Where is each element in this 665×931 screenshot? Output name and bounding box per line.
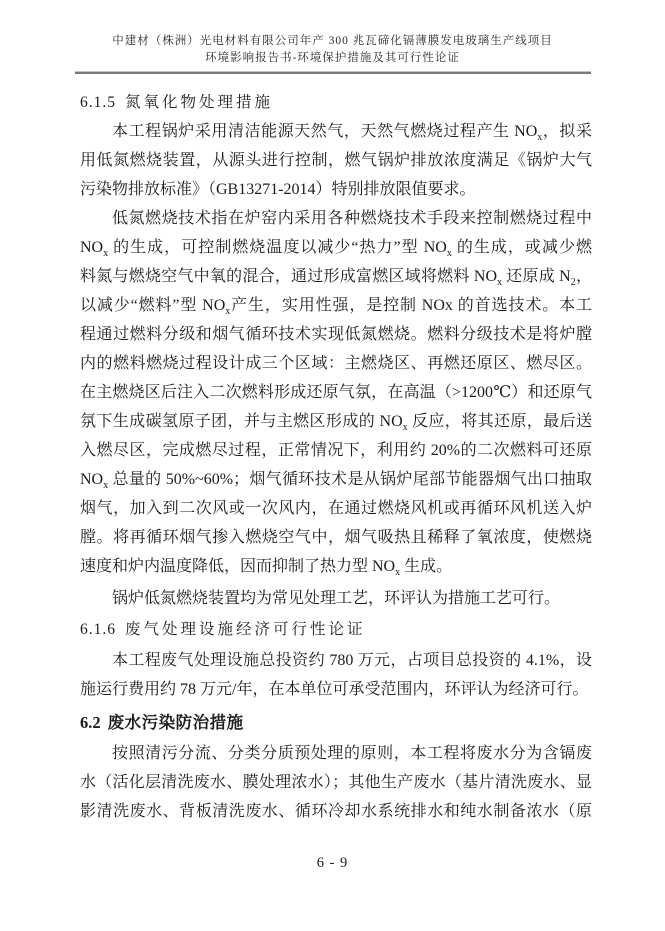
body-line: 本工程废气处理设施总投资约 780 万元，占项目总投资的 4.1%，设: [80, 646, 592, 675]
body-line: 锅炉低氮燃烧装置均为常见处理工艺，环评认为措施工艺可行。: [80, 584, 592, 613]
body-line: 料氮与燃烧空气中氧的混合，通过形成富燃区域将燃料 NOx 还原成 N2，: [80, 262, 592, 291]
section-heading-6-2: 6.2废水污染防治措施: [80, 708, 592, 737]
document-page: 中建材（株洲）光电材料有限公司年产 300 兆瓦碲化镉薄膜发电玻璃生产线项目 环…: [0, 0, 665, 931]
body-line: 用低氮燃烧装置，从源头进行控制，燃气锅炉排放浓度满足《锅炉大气: [80, 146, 592, 175]
paragraph-feasibility-conclusion: 锅炉低氮燃烧装置均为常见处理工艺，环评认为措施工艺可行。: [80, 584, 592, 613]
body-line: 影清洗废水、背板清洗废水、循环冷却水系统排水和纯水制备浓水（原: [80, 797, 592, 826]
document-body: 6.1.5氮氧化物处理措施 本工程锅炉采用清洁能源天然气，天然气燃烧过程产生 N…: [80, 88, 592, 826]
body-line: 施运行费用约 78 万元/年，在本单位可承受范围内，环评认为经济可行。: [80, 675, 592, 704]
section-title: 氮氧化物处理措施: [125, 94, 273, 111]
body-line: 膛。将再循环烟气掺入燃烧空气中，烟气吸热且稀释了氧浓度，使燃烧: [80, 523, 592, 552]
body-line: 程通过燃料分级和烟气循环技术实现低氮燃烧。燃料分级技术是将炉膛: [80, 320, 592, 349]
body-line: 按照清污分流、分类分质预处理的原则，本工程将废水分为含镉废: [80, 739, 592, 768]
section-number: 6.2: [80, 713, 101, 732]
section-heading-6-1-6: 6.1.6废气处理设施经济可行性论证: [80, 615, 592, 644]
body-line: 以减少“燃料”型 NOx产生，实用性强，是控制 NOx 的首选技术。本工: [80, 291, 592, 320]
page-number: 6 - 9: [317, 855, 349, 871]
body-line: 本工程锅炉采用清洁能源天然气，天然气燃烧过程产生 NOx，拟采: [80, 117, 592, 146]
paragraph-boiler-nox: 本工程锅炉采用清洁能源天然气，天然气燃烧过程产生 NOx，拟采 用低氮燃烧装置，…: [80, 117, 592, 204]
section-title: 废水污染防治措施: [108, 713, 244, 732]
body-line: NOx 的生成，可控制燃烧温度以减少“热力”型 NOx 的生成，或减少燃: [80, 233, 592, 262]
body-line: 烟气，加入到二次风或一次风内，在通过燃烧风机或再循环风机送入炉: [80, 494, 592, 523]
body-line: 入燃尽区，完成燃尽过程，正常情况下，利用约 20%的二次燃料可还原: [80, 436, 592, 465]
header-rule: [75, 71, 591, 74]
body-line: 水（活化层清洗废水、膜处理浓水）；其他生产废水（基片清洗废水、显: [80, 768, 592, 797]
section-heading-6-1-5: 6.1.5氮氧化物处理措施: [80, 88, 592, 117]
section-number: 6.1.6: [80, 621, 116, 638]
body-line: 污染物排放标准》（GB13271-2014）特别排放限值要求。: [80, 175, 592, 204]
page-header: 中建材（株洲）光电材料有限公司年产 300 兆瓦碲化镉薄膜发电玻璃生产线项目 环…: [0, 33, 665, 74]
header-title-line-1: 中建材（株洲）光电材料有限公司年产 300 兆瓦碲化镉薄膜发电玻璃生产线项目: [0, 33, 665, 50]
body-line: NOx 总量的 50%~60%；烟气循环技术是从锅炉尾部节能器烟气出口抽取: [80, 465, 592, 494]
page-footer: 6 - 9: [0, 855, 665, 872]
header-title-line-2: 环境影响报告书-环境保护措施及其可行性论证: [0, 50, 665, 67]
body-line: 氛下生成碳氢原子团，并与主燃区形成的 NOx 反应，将其还原，最后送: [80, 407, 592, 436]
body-line: 速度和炉内温度降低，因而抑制了热力型 NOx 生成。: [80, 552, 592, 581]
body-line: 内的燃料燃烧过程设计成三个区域：主燃烧区、再燃还原区、燃尽区。: [80, 349, 592, 378]
body-line: 低氮燃烧技术指在炉窑内采用各种燃烧技术手段来控制燃烧过程中: [80, 204, 592, 233]
paragraph-wastewater-classification: 按照清污分流、分类分质预处理的原则，本工程将废水分为含镉废 水（活化层清洗废水、…: [80, 739, 592, 826]
body-line: 在主燃烧区后注入二次燃料形成还原气氛，在高温（>1200℃）和还原气: [80, 378, 592, 407]
paragraph-low-nox-technology: 低氮燃烧技术指在炉窑内采用各种燃烧技术手段来控制燃烧过程中 NOx 的生成，可控…: [80, 204, 592, 581]
paragraph-economic-feasibility: 本工程废气处理设施总投资约 780 万元，占项目总投资的 4.1%，设 施运行费…: [80, 646, 592, 704]
section-number: 6.1.5: [80, 94, 116, 111]
section-title: 废气处理设施经济可行性论证: [125, 621, 366, 638]
